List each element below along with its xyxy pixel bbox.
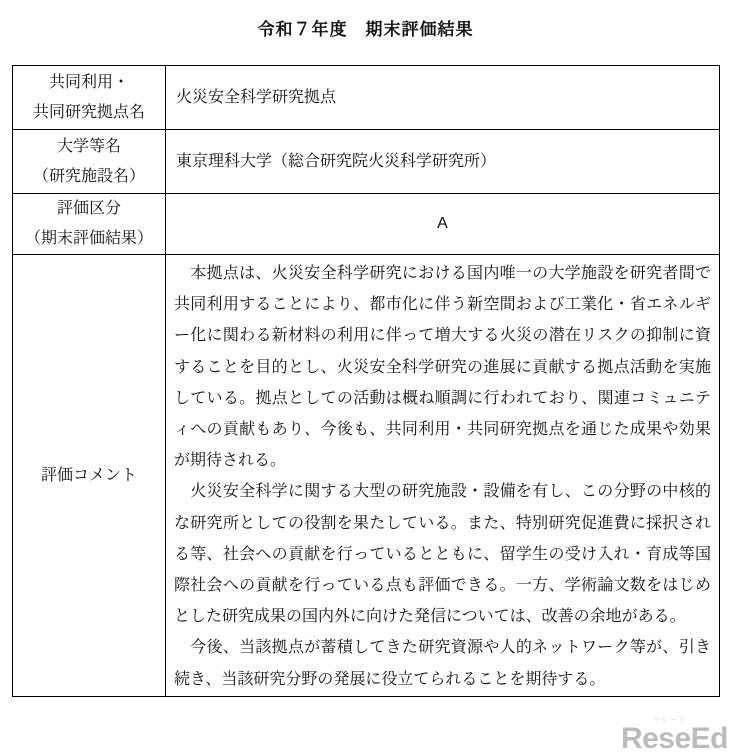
- evaluation-table: 共同利用・ 共同研究拠点名 火災安全科学研究拠点 大学等名 （研究施設名） 東京…: [12, 65, 720, 697]
- table-row-center-name: 共同利用・ 共同研究拠点名 火災安全科学研究拠点: [13, 66, 720, 130]
- center-name-value: 火災安全科学研究拠点: [166, 66, 720, 130]
- table-row-evaluation-comment: 評価コメント 本拠点は、火災安全科学研究における国内唯一の大学施設を研究者間で共…: [13, 255, 720, 697]
- table-row-evaluation-grade: 評価区分 （期末評価結果） A: [13, 194, 720, 255]
- center-name-label: 共同利用・ 共同研究拠点名: [13, 66, 166, 130]
- center-name-label-line2: 共同研究拠点名: [13, 98, 165, 128]
- university-label: 大学等名 （研究施設名）: [13, 130, 166, 194]
- comment-paragraph-2: 火災安全科学に関する大型の研究施設・設備を有し、この分野の中核的な研究所としての…: [174, 476, 711, 632]
- reseed-logo-text-accent: Ed: [691, 722, 728, 755]
- table-row-university: 大学等名 （研究施設名） 東京理科大学（総合研究院火災科学研究所）: [13, 130, 720, 194]
- reseed-logo-text: ReseEd: [621, 722, 728, 755]
- reseed-logo-text-main: Rese: [621, 722, 691, 755]
- university-label-line1: 大学等名: [13, 132, 165, 162]
- university-value: 東京理科大学（総合研究院火災科学研究所）: [166, 130, 720, 194]
- reseed-watermark: リシード ReseEd: [621, 717, 728, 754]
- grade-value: A: [166, 194, 720, 255]
- comment-paragraph-1: 本拠点は、火災安全科学研究における国内唯一の大学施設を研究者間で共同利用すること…: [174, 258, 711, 476]
- document-title: 令和７年度 期末評価結果: [0, 0, 731, 40]
- comment-text: 本拠点は、火災安全科学研究における国内唯一の大学施設を研究者間で共同利用すること…: [166, 255, 720, 697]
- grade-label-line1: 評価区分: [13, 194, 165, 224]
- grade-label: 評価区分 （期末評価結果）: [13, 194, 166, 255]
- comment-label: 評価コメント: [13, 255, 166, 697]
- center-name-label-line1: 共同利用・: [13, 68, 165, 98]
- university-label-line2: （研究施設名）: [13, 162, 165, 192]
- grade-label-line2: （期末評価結果）: [13, 224, 165, 254]
- comment-paragraph-3: 今後、当該拠点が蓄積してきた研究資源や人的ネットワーク等が、引き続き、当該研究分…: [174, 632, 711, 694]
